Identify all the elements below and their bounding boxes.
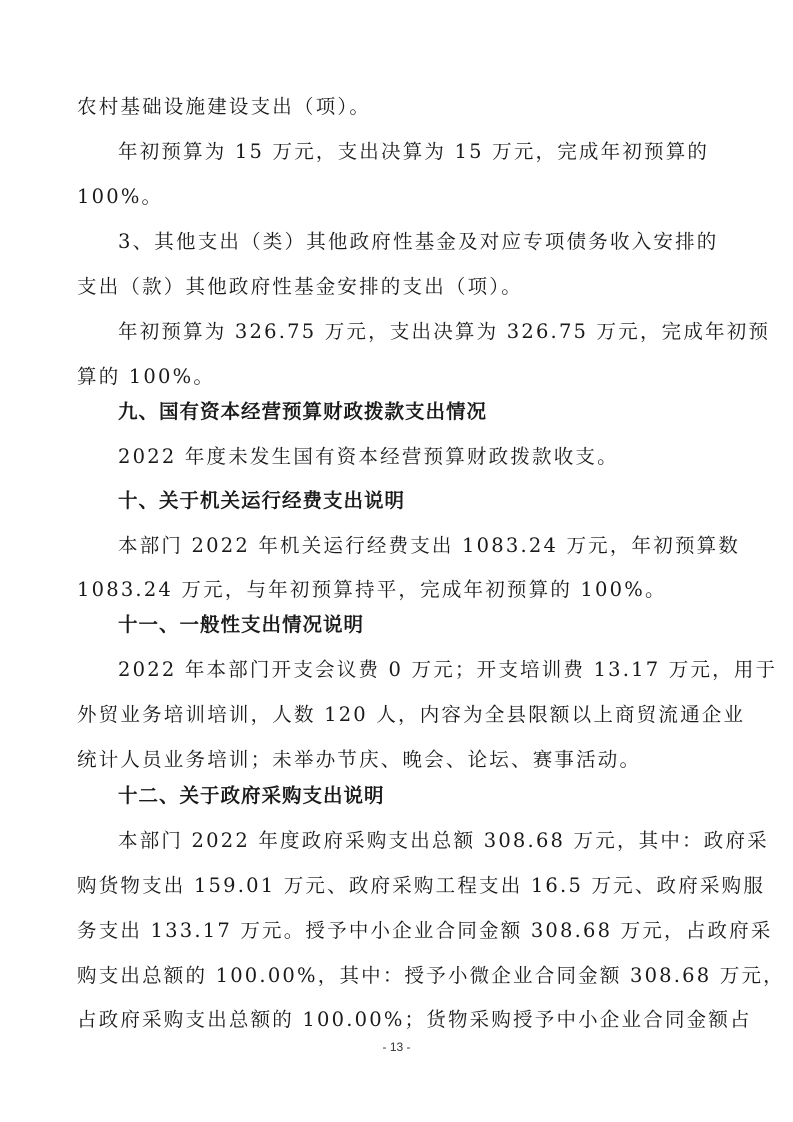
- section-heading: 十一、一般性支出情况说明: [118, 609, 364, 637]
- paragraph-line: 1083.24 万元，与年初预算持平，完成年初预算的 100%。: [77, 574, 667, 602]
- section-heading: 九、国有资本经营预算财政拨款支出情况: [118, 396, 487, 424]
- paragraph-line: 100%。: [77, 181, 163, 209]
- paragraph-line: 年初预算为 326.75 万元，支出决算为 326.75 万元，完成年初预: [118, 316, 770, 344]
- paragraph-line: 2022 年本部门开支会议费 0 万元；开支培训费 13.17 万元，用于: [118, 654, 777, 682]
- paragraph-line: 本部门 2022 年度政府采购支出总额 308.68 万元，其中：政府采: [118, 825, 769, 853]
- paragraph-line: 2022 年度未发生国有资本经营预算财政拨款收支。: [118, 441, 619, 469]
- paragraph-line: 3、其他支出（类）其他政府性基金及对应专项债务收入安排的: [118, 226, 719, 254]
- section-heading: 十、关于机关运行经费支出说明: [118, 485, 405, 513]
- paragraph-line: 算的 100%。: [77, 361, 215, 389]
- paragraph-line: 年初预算为 15 万元，支出决算为 15 万元，完成年初预算的: [118, 136, 709, 164]
- paragraph-line: 购货物支出 159.01 万元、政府采购工程支出 16.5 万元、政府采购服: [77, 870, 765, 898]
- document-page: 农村基础设施建设支出（项）。年初预算为 15 万元，支出决算为 15 万元，完成…: [0, 0, 793, 1122]
- paragraph-line: 支出（款）其他政府性基金安排的支出（项）。: [77, 271, 523, 299]
- paragraph-line: 务支出 133.17 万元。授予中小企业合同金额 308.68 万元，占政府采: [77, 915, 773, 943]
- paragraph-line: 购支出总额的 100.00%，其中：授予小微企业合同金额 308.68 万元，: [77, 960, 785, 988]
- paragraph-line: 占政府采购支出总额的 100.00%；货物采购授予中小企业合同金额占: [77, 1004, 752, 1032]
- paragraph-line: 本部门 2022 年机关运行经费支出 1083.24 万元，年初预算数: [118, 530, 740, 558]
- section-heading: 十二、关于政府采购支出说明: [118, 780, 385, 808]
- paragraph-line: 外贸业务培训培训，人数 120 人，内容为全县限额以上商贸流通企业: [77, 699, 745, 727]
- page-number: - 13 -: [0, 1040, 793, 1054]
- paragraph-line: 农村基础设施建设支出（项）。: [77, 91, 371, 119]
- paragraph-line: 统计人员业务培训；未举办节庆、晚会、论坛、赛事活动。: [77, 744, 641, 772]
